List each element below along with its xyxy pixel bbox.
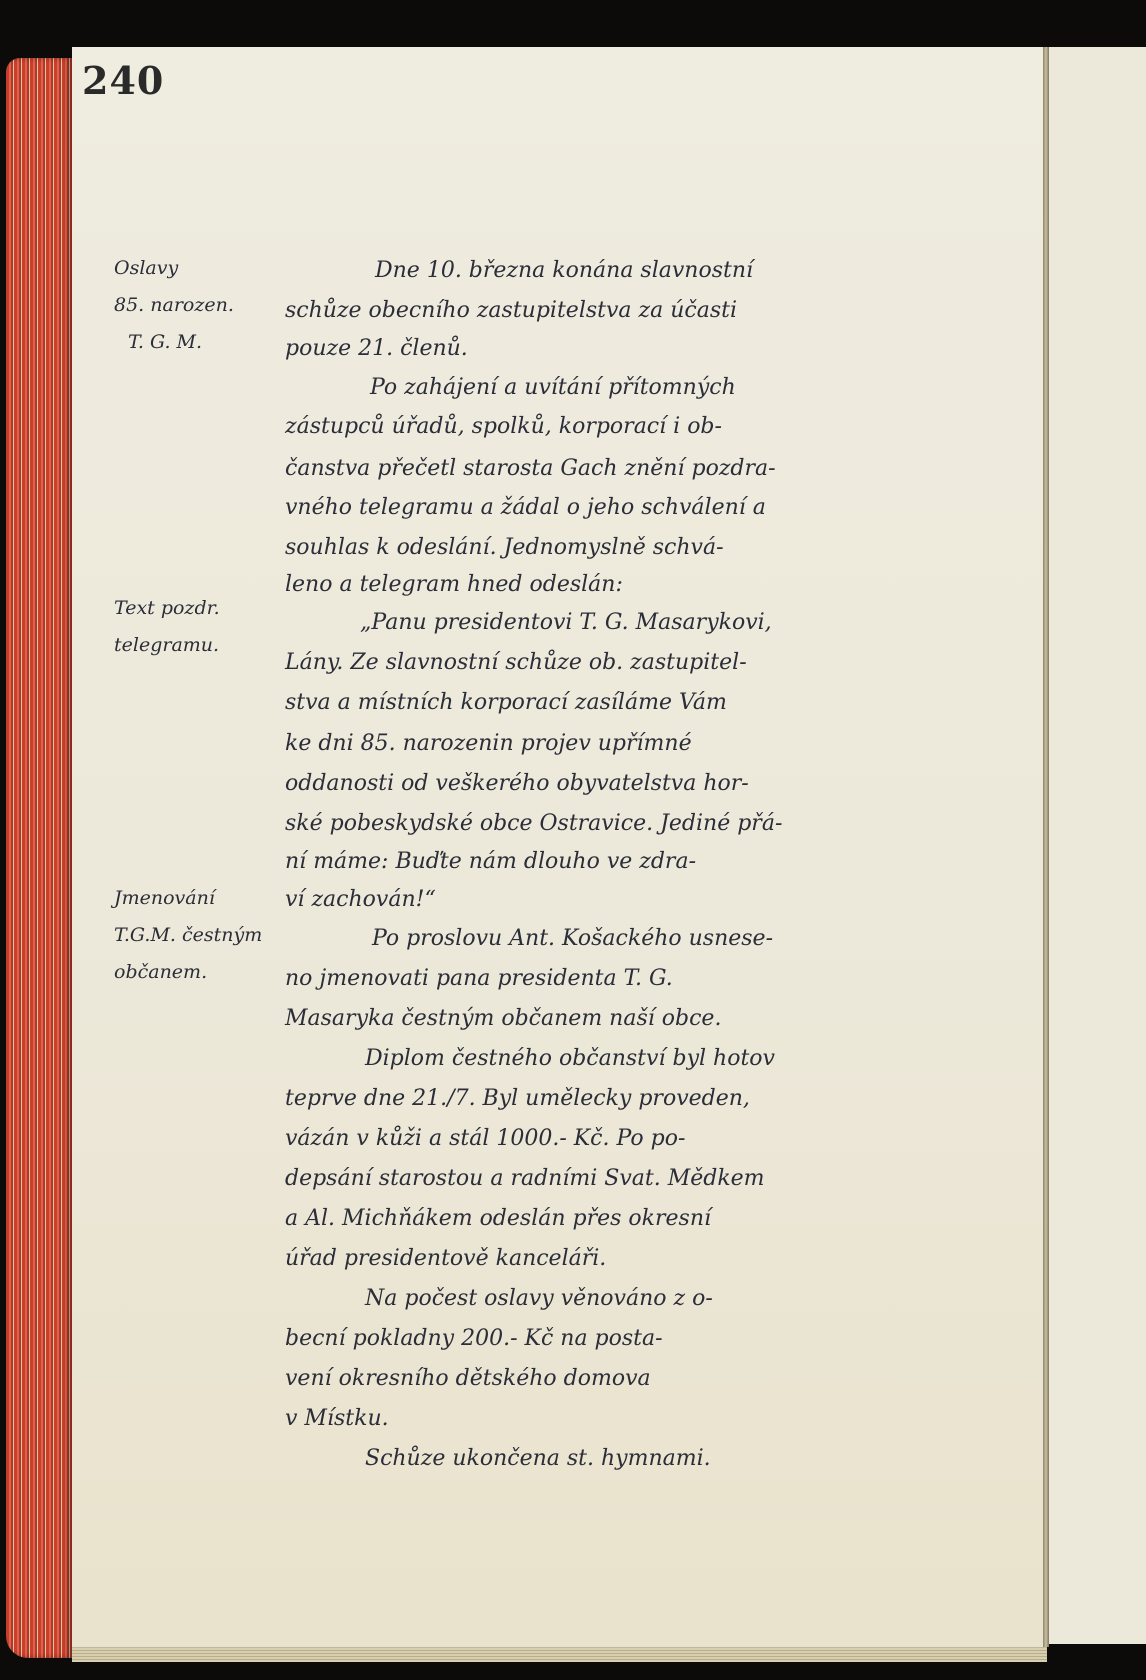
body-line: leno a telegram hned odeslán: bbox=[285, 572, 945, 597]
body-line: úřad presidentově kanceláři. bbox=[285, 1246, 945, 1271]
body-line: souhlas k odeslání. Jednomyslně schvá- bbox=[285, 535, 945, 560]
body-line: stva a místních korporací zasíláme Vám bbox=[285, 690, 945, 715]
body-line: teprve dne 21./7. Byl umělecky proveden, bbox=[285, 1086, 945, 1111]
body-line: no jmenovati pana presidenta T. G. bbox=[285, 966, 945, 991]
margin-note-telegram: Text pozdr. telegramu. bbox=[114, 590, 274, 664]
body-line: v Místku. bbox=[285, 1406, 945, 1431]
body-line: Po proslovu Ant. Košackého usnese- bbox=[372, 926, 1032, 951]
page-number: 240 bbox=[82, 58, 164, 103]
body-line: Schůze ukončena st. hymnami. bbox=[365, 1446, 1025, 1471]
margin-note-line: Oslavy bbox=[114, 250, 274, 287]
margin-note-line: T.G.M. čestným bbox=[114, 917, 274, 954]
body-line: Lány. Ze slavnostní schůze ob. zastupite… bbox=[285, 650, 945, 675]
body-line: oddanosti od veškerého obyvatelstva hor- bbox=[285, 771, 945, 796]
body-line: Na počest oslavy věnováno z o- bbox=[365, 1286, 1025, 1311]
body-line: a Al. Michňákem odeslán přes okresní bbox=[285, 1206, 945, 1231]
body-line: vného telegramu a žádal o jeho schválení… bbox=[285, 495, 945, 520]
body-line: Masaryka čestným občanem naší obce. bbox=[285, 1006, 945, 1031]
body-line: vení okresního dětského domova bbox=[285, 1366, 945, 1391]
margin-note-line: Jmenování bbox=[114, 880, 274, 917]
body-line: ke dni 85. narozenin projev upřímné bbox=[285, 731, 945, 756]
body-line: pouze 21. členů. bbox=[285, 336, 945, 361]
margin-note-honorary-citizen: Jmenování T.G.M. čestným občanem. bbox=[114, 880, 274, 991]
body-line: becní pokladny 200.- Kč na posta- bbox=[285, 1326, 945, 1351]
body-line: vázán v kůži a stál 1000.- Kč. Po po- bbox=[285, 1126, 945, 1151]
book-page-edges bbox=[6, 58, 72, 1658]
body-line: Po zahájení a uvítání přítomných bbox=[370, 375, 1030, 400]
body-line: „Panu presidentovi T. G. Masarykovi, bbox=[360, 610, 1020, 635]
body-line: zástupců úřadů, spolků, korporací i ob- bbox=[285, 414, 945, 439]
margin-note-line: telegramu. bbox=[114, 627, 274, 664]
body-line: čanstva přečetl starosta Gach znění pozd… bbox=[285, 456, 945, 481]
body-line: ví zachován!“ bbox=[285, 887, 945, 912]
margin-note-line: T. G. M. bbox=[114, 324, 274, 361]
facing-page bbox=[1049, 47, 1146, 1644]
body-line: depsání starostou a radními Svat. Mědkem bbox=[285, 1166, 945, 1191]
body-line: schůze obecního zastupitelstva za účasti bbox=[285, 298, 945, 323]
margin-note-line: 85. narozen. bbox=[114, 287, 274, 324]
body-line: ské pobeskydské obce Ostravice. Jediné p… bbox=[285, 811, 945, 836]
body-line: Dne 10. března konána slavnostní bbox=[375, 258, 1035, 283]
body-line: Diplom čestného občanství byl hotov bbox=[365, 1046, 1025, 1071]
margin-note-celebration: Oslavy 85. narozen. T. G. M. bbox=[114, 250, 274, 361]
body-line: ní máme: Buďte nám dlouho ve zdra- bbox=[285, 849, 945, 874]
margin-note-line: Text pozdr. bbox=[114, 590, 274, 627]
margin-note-line: občanem. bbox=[114, 954, 274, 991]
book-bottom-edges bbox=[72, 1648, 1047, 1662]
